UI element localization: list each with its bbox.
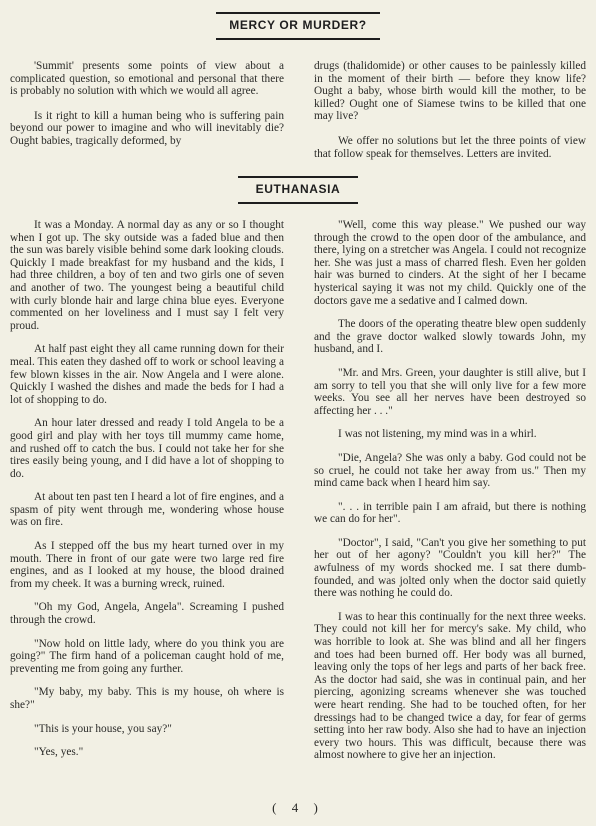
story-paragraph: The doors of the operating theatre blew … — [314, 318, 586, 356]
section-title: EUTHANASIA — [238, 176, 358, 204]
intro-paragraph: Is it right to kill a human being who is… — [10, 110, 284, 148]
story-paragraph: "Well, come this way please." We pushed … — [314, 219, 586, 307]
story-paragraph: "This is your house, you say?" — [10, 723, 284, 736]
story-paragraph: "Yes, yes." — [10, 746, 284, 759]
story-paragraph: It was a Monday. A normal day as any or … — [10, 219, 284, 332]
article-title: MERCY OR MURDER? — [216, 12, 380, 40]
intro-column-left: 'Summit' presents some points of view ab… — [10, 60, 284, 160]
story-paragraph: "Doctor", I said, "Can't you give her so… — [314, 537, 586, 600]
magazine-page: MERCY OR MURDER? 'Summit' presents some … — [0, 0, 596, 826]
story-column-left: It was a Monday. A normal day as any or … — [10, 219, 284, 770]
story-column-right: "Well, come this way please." We pushed … — [314, 219, 586, 773]
story-paragraph: I was not listening, my mind was in a wh… — [314, 428, 586, 441]
intro-paragraph: 'Summit' presents some points of view ab… — [10, 60, 284, 98]
story-paragraph: "Oh my God, Angela, Angela". Screaming I… — [10, 601, 284, 626]
intro-column-right: drugs (thalidomide) or other causes to b… — [314, 60, 586, 172]
story-paragraph: "Mr. and Mrs. Green, your daughter is st… — [314, 367, 586, 417]
story-paragraph: "Die, Angela? She was only a baby. God c… — [314, 452, 586, 490]
story-paragraph: At about ten past ten I heard a lot of f… — [10, 491, 284, 529]
story-paragraph: "My baby, my baby. This is my house, oh … — [10, 686, 284, 711]
story-paragraph: ". . . in terrible pain I am afraid, but… — [314, 501, 586, 526]
story-paragraph: "Now hold on little lady, where do you t… — [10, 638, 284, 676]
intro-paragraph: drugs (thalidomide) or other causes to b… — [314, 60, 586, 123]
story-paragraph: I was to hear this continually for the n… — [314, 611, 586, 762]
story-paragraph: At half past eight they all came running… — [10, 343, 284, 406]
story-paragraph: As I stepped off the bus my heart turned… — [10, 540, 284, 590]
intro-paragraph: We offer no solutions but let the three … — [314, 135, 586, 160]
page-number: ( 4 ) — [0, 800, 596, 816]
story-paragraph: An hour later dressed and ready I told A… — [10, 417, 284, 480]
